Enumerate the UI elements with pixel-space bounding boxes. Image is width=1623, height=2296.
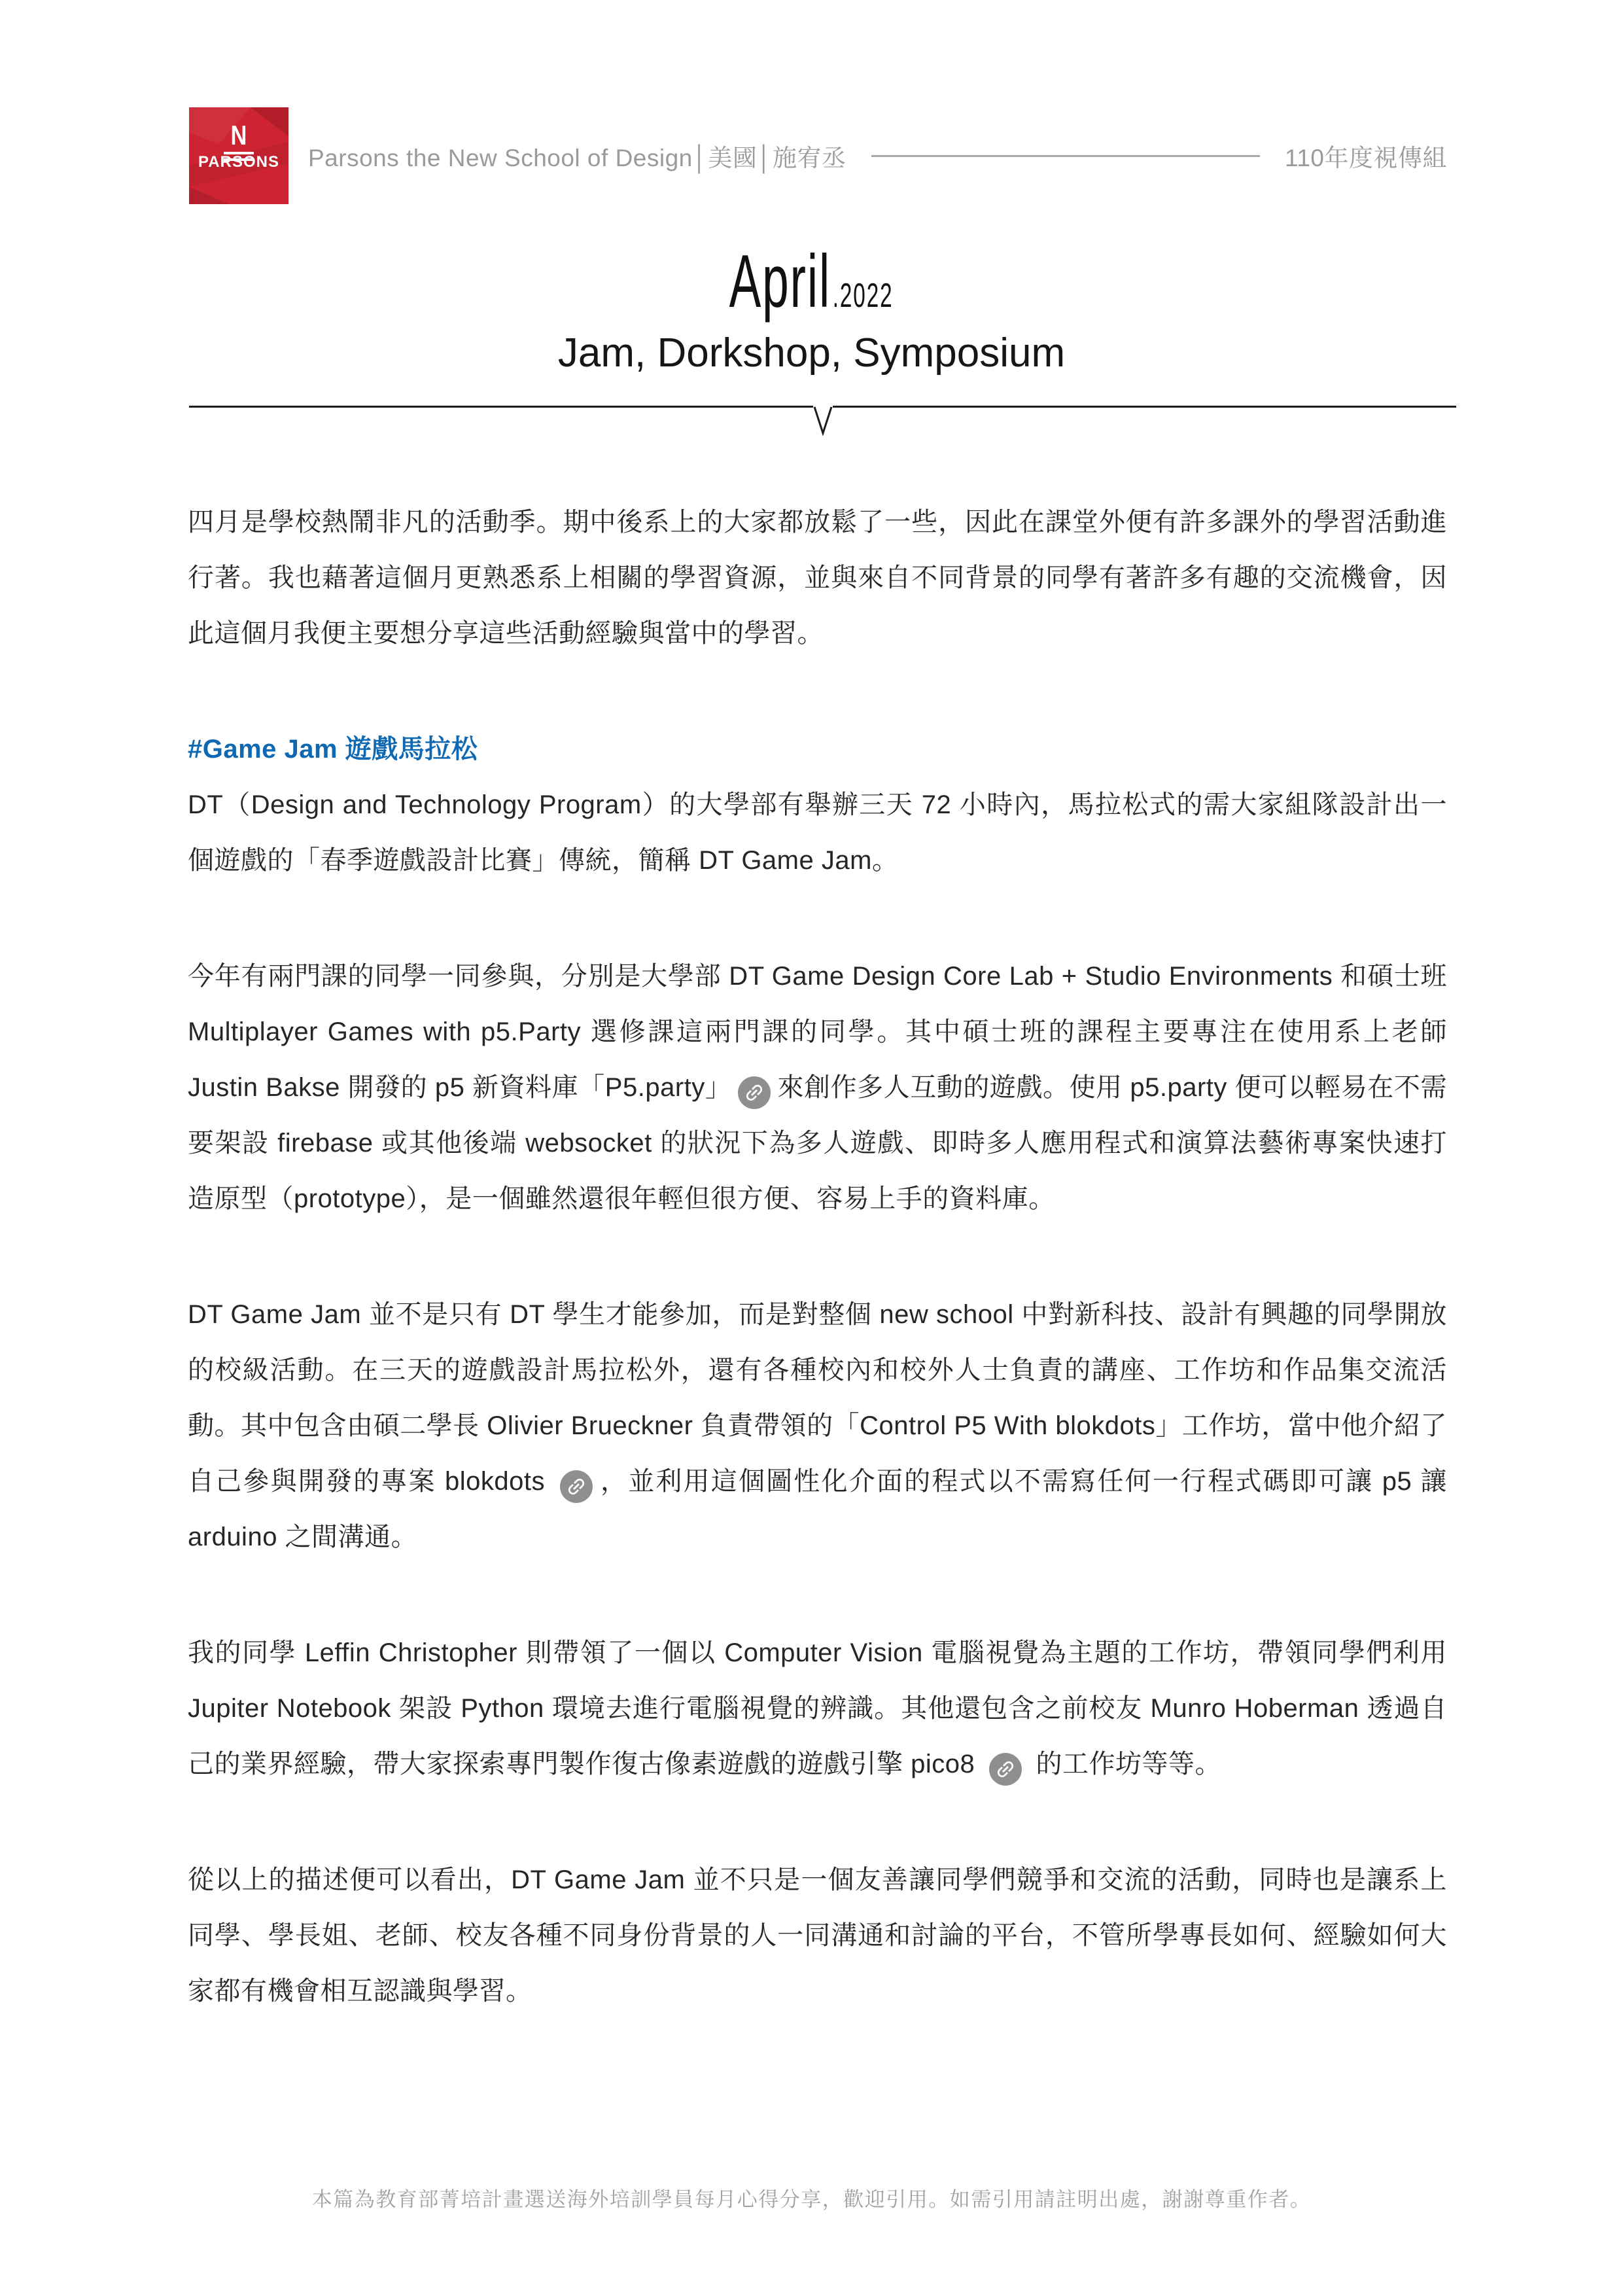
article-paragraph: 我的同學 Leffin Christopher 則帶領了一個以 Computer… xyxy=(188,1625,1447,1792)
link-icon[interactable] xyxy=(560,1470,593,1503)
cohort-label: 110年度視傳組 xyxy=(1285,138,1447,173)
chevron-down-icon xyxy=(813,406,833,436)
month-year-title: April .2022 xyxy=(729,245,894,319)
divider-line-left xyxy=(189,406,813,408)
text-run: 的工作坊等等。 xyxy=(1028,1750,1221,1778)
title-block: April .2022 Jam, Dorkshop, Symposium xyxy=(0,245,1623,376)
parsons-logo: N PARSONS xyxy=(189,107,288,204)
page-subtitle: Jam, Dorkshop, Symposium xyxy=(0,330,1623,376)
text-run: 四月是學校熱鬧非凡的活動季。期中後系上的大家都放鬆了一些，因此在課堂外便有許多課… xyxy=(188,508,1447,648)
header-meta: Parsons the New School of Design│美國│施宥丞 … xyxy=(308,138,1447,173)
text-run: #Game Jam 遊戲馬拉松 xyxy=(188,735,478,764)
article-paragraph: 四月是學校熱鬧非凡的活動季。期中後系上的大家都放鬆了一些，因此在課堂外便有許多課… xyxy=(188,495,1447,662)
year-suffix: .2022 xyxy=(833,279,894,313)
header-divider-rule xyxy=(871,155,1261,157)
link-icon[interactable] xyxy=(989,1753,1022,1786)
article-paragraph: DT Game Jam 並不是只有 DT 學生才能參加，而是對整個 new sc… xyxy=(188,1287,1447,1565)
article-paragraph: 從以上的描述便可以看出，DT Game Jam 並不只是一個友善讓同學們競爭和交… xyxy=(188,1852,1447,2019)
page-header: N PARSONS Parsons the New School of Desi… xyxy=(189,107,1447,205)
link-chain-glyph xyxy=(561,1471,592,1502)
divider-line-right xyxy=(833,406,1457,408)
link-icon[interactable] xyxy=(738,1076,771,1109)
month-title: April xyxy=(729,245,831,319)
report-page: N PARSONS Parsons the New School of Desi… xyxy=(0,0,1623,2296)
footer-note: 本篇為教育部菁培計畫選送海外培訓學員每月心得分享，歡迎引用。如需引用請註明出處，… xyxy=(0,2183,1623,2212)
article-paragraph: DT（Design and Technology Program）的大學部有舉辦… xyxy=(188,777,1447,889)
text-run: DT（Design and Technology Program）的大學部有舉辦… xyxy=(188,790,1447,875)
article-paragraph: 今年有兩門課的同學一同參與，分別是大學部 DT Game Design Core… xyxy=(188,949,1447,1227)
new-school-n-mark: N xyxy=(198,122,280,149)
section-heading: #Game Jam 遊戲馬拉松 xyxy=(188,722,1447,777)
text-run: 我的同學 Leffin Christopher 則帶領了一個以 Computer… xyxy=(188,1638,1447,1778)
article-blocks: 四月是學校熱鬧非凡的活動季。期中後系上的大家都放鬆了一些，因此在課堂外便有許多課… xyxy=(188,495,1447,2019)
text-run: 從以上的描述便可以看出，DT Game Jam 並不只是一個友善讓同學們競爭和交… xyxy=(188,1865,1447,2005)
link-chain-glyph xyxy=(990,1754,1021,1785)
school-author-line: Parsons the New School of Design│美國│施宥丞 xyxy=(308,138,846,173)
parsons-wordmark: PARSONS xyxy=(189,153,288,170)
title-divider xyxy=(189,406,1456,436)
link-chain-glyph xyxy=(739,1077,770,1108)
